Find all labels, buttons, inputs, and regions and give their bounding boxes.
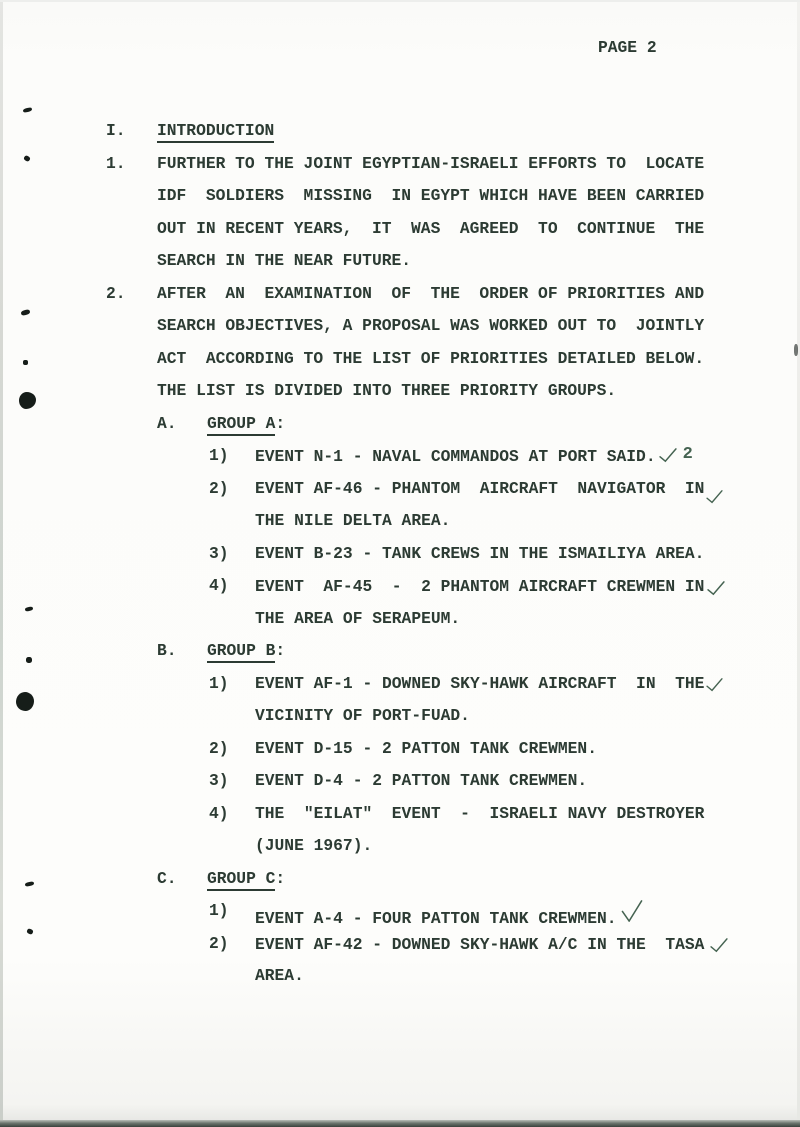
paragraph-2-text: THE LIST IS DIVIDED INTO THREE PRIORITY … [157,381,616,401]
item-number: 1) [209,674,229,694]
group-a-title: GROUP A [207,414,275,436]
paragraph-1-text: SEARCH IN THE NEAR FUTURE. [157,251,411,271]
item-text: EVENT AF-1 - DOWNED SKY-HAWK AIRCRAFT IN… [255,674,704,693]
item-text: EVENT D-15 - 2 PATTON TANK CREWMEN. [255,739,597,759]
item-text: EVENT B-23 - TANK CREWS IN THE ISMAILIYA… [255,544,704,564]
group-b-item-4-row: 4) THE "EILAT" EVENT - ISRAELI NAVY DEST… [0,804,800,828]
group-b-item-2-row: 2) EVENT D-15 - 2 PATTON TANK CREWMEN. [0,739,800,763]
item-text-wrap: EVENT N-1 - NAVAL COMMANDOS AT PORT SAID… [255,446,693,468]
paragraph-2-line: SEARCH OBJECTIVES, A PROPOSAL WAS WORKED… [0,316,800,340]
group-b-item-4-row: (JUNE 1967). [0,836,800,860]
item-number: 1) [209,901,229,921]
ink-speck [794,344,798,356]
group-a-colon: : [275,414,285,433]
item-text: EVENT N-1 - NAVAL COMMANDOS AT PORT SAID… [255,447,656,466]
item-number: 2) [209,739,229,759]
group-b-title-wrap: GROUP B: [207,641,285,661]
checkmark-icon [659,448,677,463]
group-b-item-3-row: 3) EVENT D-4 - 2 PATTON TANK CREWMEN. [0,771,800,795]
item-text: EVENT AF-46 - PHANTOM AIRCRAFT NAVIGATOR… [255,479,704,498]
page-number: PAGE 2 [598,38,657,58]
group-a-title-wrap: GROUP A: [207,414,285,434]
group-a-letter: A. [157,414,177,434]
group-c-colon: : [275,869,285,888]
group-c-title-wrap: GROUP C: [207,869,285,889]
item-text: EVENT AF-42 - DOWNED SKY-HAWK A/C IN THE… [255,935,704,954]
item-text: THE NILE DELTA AREA. [255,511,450,531]
paragraph-2-text: AFTER AN EXAMINATION OF THE ORDER OF PRI… [157,284,704,304]
paragraph-1-text: OUT IN RECENT YEARS, IT WAS AGREED TO CO… [157,219,704,239]
item-number: 3) [209,771,229,791]
group-a-heading-row: A. GROUP A: [0,414,800,438]
item-number: 1) [209,446,229,466]
item-text: AREA. [255,966,304,986]
item-text: EVENT D-4 - 2 PATTON TANK CREWMEN. [255,771,587,791]
group-b-item-1-row: VICINITY OF PORT-FUAD. [0,706,800,730]
item-text-wrap: EVENT AF-46 - PHANTOM AIRCRAFT NAVIGATOR… [255,479,721,499]
intro-numeral: I. [106,121,126,141]
paragraph-2-text: ACT ACCORDING TO THE LIST OF PRIORITIES … [157,349,704,369]
group-a-item-1-row: 1) EVENT N-1 - NAVAL COMMANDOS AT PORT S… [0,446,800,470]
item-text: EVENT AF-45 - 2 PHANTOM AIRCRAFT CREWMEN… [255,577,704,596]
group-c-item-1-row: 1) EVENT A-4 - FOUR PATTON TANK CREWMEN. [0,901,800,925]
checkmark-icon [710,938,728,953]
item-text: THE AREA OF SERAPEUM. [255,609,460,629]
ink-speck [23,360,28,365]
item-text: EVENT A-4 - FOUR PATTON TANK CREWMEN. [255,909,617,928]
item-number: 2) [209,479,229,499]
intro-title-wrap: INTRODUCTION [157,121,274,141]
paragraph-2-line: 2. AFTER AN EXAMINATION OF THE ORDER OF … [0,284,800,308]
ink-blob [16,692,34,711]
paragraph-1-line: 1. FURTHER TO THE JOINT EGYPTIAN-ISRAELI… [0,154,800,178]
group-b-heading-row: B. GROUP B: [0,641,800,665]
group-b-letter: B. [157,641,177,661]
ink-speck [26,657,32,663]
paragraph-2-text: SEARCH OBJECTIVES, A PROPOSAL WAS WORKED… [157,316,704,336]
intro-title: INTRODUCTION [157,121,274,143]
paragraph-2-line: ACT ACCORDING TO THE LIST OF PRIORITIES … [0,349,800,373]
checkmark-icon [707,581,725,596]
paragraph-1-line: OUT IN RECENT YEARS, IT WAS AGREED TO CO… [0,219,800,243]
group-b-colon: : [275,641,285,660]
group-c-item-2-row: AREA. [0,966,800,990]
checkmark-icon [706,490,723,504]
group-a-item-4-row: THE AREA OF SERAPEUM. [0,609,800,633]
paragraph-1-line: SEARCH IN THE NEAR FUTURE. [0,251,800,275]
item-number: 4) [209,804,229,824]
item-number: 4) [209,576,229,596]
scanned-document-page: { "page": { "header": "PAGE 2", "ink_col… [0,0,800,1127]
paragraph-2-number: 2. [106,284,126,304]
paragraph-1-text: IDF SOLDIERS MISSING IN EGYPT WHICH HAVE… [157,186,704,206]
checkmark-icon [706,678,723,692]
group-b-title: GROUP B [207,641,275,663]
item-text-wrap: EVENT AF-1 - DOWNED SKY-HAWK AIRCRAFT IN… [255,674,721,694]
paragraph-1-number: 1. [106,154,126,174]
group-c-item-2-row: 2) EVENT AF-42 - DOWNED SKY-HAWK A/C IN … [0,934,800,958]
group-c-letter: C. [157,869,177,889]
paragraph-1-line: IDF SOLDIERS MISSING IN EGYPT WHICH HAVE… [0,186,800,210]
item-text: THE "EILAT" EVENT - ISRAELI NAVY DESTROY… [255,804,704,824]
paragraph-1-text: FURTHER TO THE JOINT EGYPTIAN-ISRAELI EF… [157,154,704,174]
group-b-item-1-row: 1) EVENT AF-1 - DOWNED SKY-HAWK AIRCRAFT… [0,674,800,698]
item-text-wrap: EVENT AF-42 - DOWNED SKY-HAWK A/C IN THE… [255,934,722,955]
item-text: VICINITY OF PORT-FUAD. [255,706,470,726]
group-a-item-2-row: 2) EVENT AF-46 - PHANTOM AIRCRAFT NAVIGA… [0,479,800,503]
group-c-heading-row: C. GROUP C: [0,869,800,893]
group-a-item-4-row: 4) EVENT AF-45 - 2 PHANTOM AIRCRAFT CREW… [0,576,800,600]
scan-edge-top [0,0,800,2]
item-text: (JUNE 1967). [255,836,372,856]
group-a-item-3-row: 3) EVENT B-23 - TANK CREWS IN THE ISMAIL… [0,544,800,568]
scan-edge-bottom [0,1120,800,1127]
item-text-wrap: EVENT AF-45 - 2 PHANTOM AIRCRAFT CREWMEN… [255,576,722,597]
handwritten-count-annotation: 2 [683,445,693,464]
group-c-title: GROUP C [207,869,275,891]
intro-heading-row: I. INTRODUCTION [0,121,800,145]
item-number: 2) [209,934,229,954]
item-text-wrap: EVENT A-4 - FOUR PATTON TANK CREWMEN. [255,901,639,929]
item-number: 3) [209,544,229,564]
checkmark-icon [621,900,643,922]
paragraph-2-line: THE LIST IS DIVIDED INTO THREE PRIORITY … [0,381,800,405]
group-a-item-2-row: THE NILE DELTA AREA. [0,511,800,535]
